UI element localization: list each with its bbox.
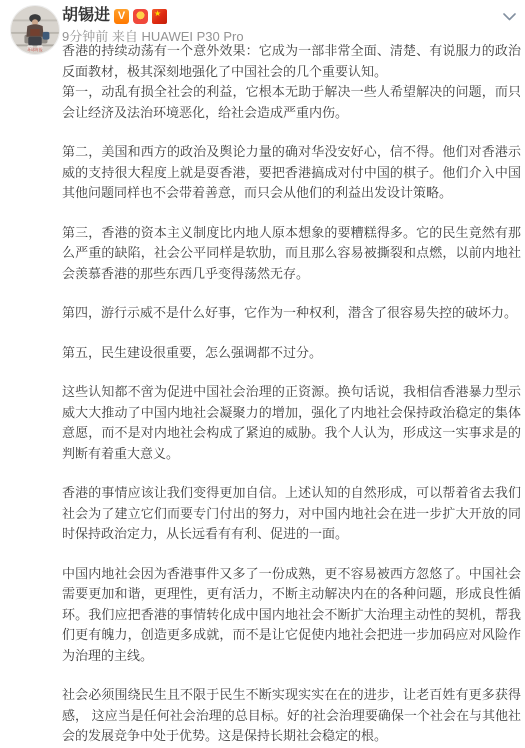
post-paragraph: 第五，民生建设很重要，怎么强调都不过分。 [62,343,521,364]
svg-text:环球时报: 环球时报 [27,47,42,52]
post-paragraph: 这些认知都不啻为促进中国社会治理的正资源。换句话说，我相信香港暴力型示威大大推动… [62,382,521,464]
flag-badge-icon[interactable]: ★ [152,9,167,24]
post-paragraph: 香港的持续动荡有一个意外效果：它成为一部非常全面、清楚、有说服力的政治反面教材，… [62,41,521,123]
chevron-down-icon[interactable] [501,9,517,25]
user-line: 胡锡进 V ★ [62,7,167,25]
post-paragraph: 第二，美国和西方的政治及舆论力量的确对华没安好心，信不得。他们对香港示威的支持很… [62,142,521,204]
post-paragraph: 第四，游行示威不是什么好事，它作为一种权利，潜含了很容易失控的破坏力。 [62,303,521,324]
avatar[interactable]: 环球时报 [10,5,60,55]
post-paragraph: 社会必须围绕民生且不限于民生不断实现实实在在的进步，让老百姓有更多获得感， 这应… [62,685,521,747]
medal-badge-icon[interactable] [133,9,148,24]
avatar-image: 环球时报 [11,6,59,54]
post-paragraph: 香港的事情应该让我们变得更加自信。上述认知的自然形成，可以帮着省去我们社会为了建… [62,483,521,545]
weibo-post: 环球时报 胡锡进 V ★ 9分钟前 来自 HUAWEI P30 Pro 香港的持… [0,0,525,748]
verified-v-icon[interactable]: V [114,9,129,24]
post-paragraph: 中国内地社会因为香港事件又多了一份成熟，更不容易被西方忽悠了。中国社会需要更加和… [62,564,521,667]
post-paragraph: 第三，香港的资本主义制度比内地人原本想象的要糟糕得多。它的民生竟然有那么严重的缺… [62,223,521,285]
username[interactable]: 胡锡进 [62,7,110,25]
star-icon: ★ [154,10,161,18]
post-content: 香港的持续动荡有一个意外效果：它成为一部非常全面、清楚、有说服力的政治反面教材，… [62,41,521,747]
